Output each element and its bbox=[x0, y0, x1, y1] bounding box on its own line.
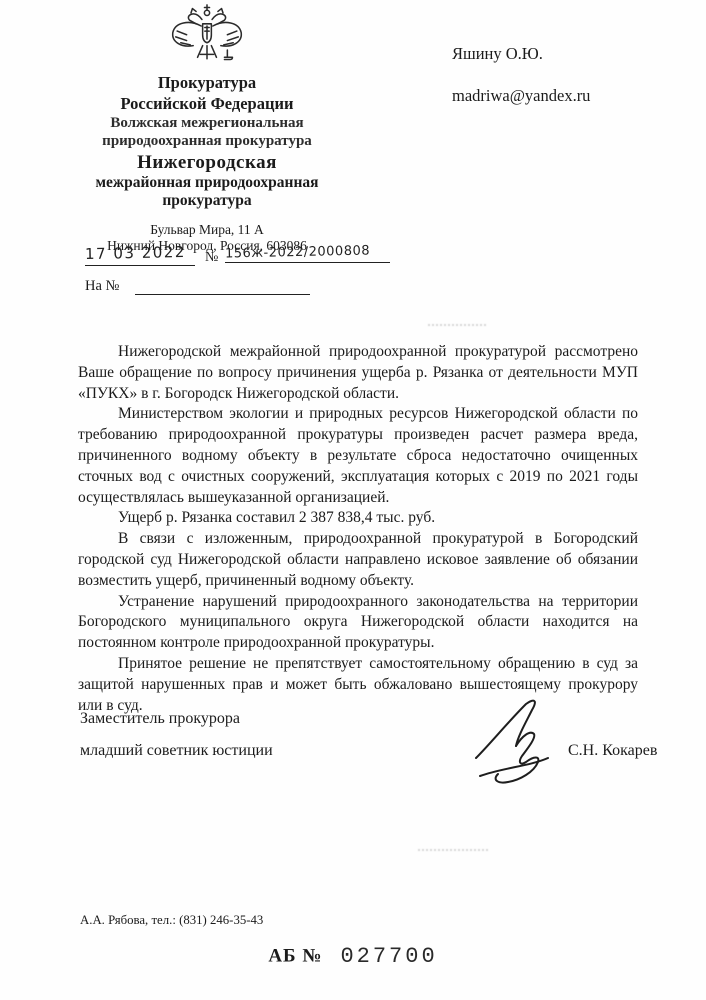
reply-to-row: На № bbox=[85, 278, 119, 295]
reply-to-blank-line bbox=[135, 294, 310, 295]
org-name-line4: природоохранная прокуратура bbox=[40, 132, 374, 150]
recipient-block: Яшину О.Ю. madriwa@yandex.ru bbox=[452, 44, 702, 106]
prosecutor-eagle-emblem-icon bbox=[163, 2, 251, 66]
reply-to-label: На № bbox=[85, 278, 119, 294]
body-paragraph: Министерством экологии и природных ресур… bbox=[78, 404, 638, 508]
org-name-line7: прокуратура bbox=[40, 192, 374, 210]
blank-series-label: АБ № bbox=[268, 946, 322, 967]
handwritten-date: 17 03 2022 bbox=[85, 243, 186, 263]
scan-artifact bbox=[418, 845, 488, 851]
recipient-name: Яшину О.Ю. bbox=[452, 44, 702, 64]
org-name-line5: Нижегородская bbox=[40, 152, 374, 174]
scanned-letter-page: Прокуратура Российской Федерации Волжска… bbox=[0, 0, 706, 1000]
scan-artifact bbox=[428, 320, 486, 326]
body-paragraph: Устранение нарушений природоохранного за… bbox=[78, 592, 638, 654]
body-paragraph: Нижегородской межрайонной природоохранно… bbox=[78, 342, 638, 404]
org-name-line6: межрайонная природоохранная bbox=[40, 174, 374, 192]
signer-position-line2: младший советник юстиции bbox=[80, 742, 273, 760]
signer-name: С.Н. Кокарев bbox=[568, 742, 657, 760]
org-name-line1: Прокуратура bbox=[40, 72, 374, 93]
org-address-street: Бульвар Мира, 11 А bbox=[40, 222, 374, 238]
handwritten-signature bbox=[468, 696, 560, 788]
signer-position-line1: Заместитель прокурора bbox=[80, 710, 273, 728]
outgoing-number-field: 156ж-2022/2000808 bbox=[225, 244, 390, 263]
body-paragraph: Ущерб р. Рязанка составил 2 387 838,4 ты… bbox=[78, 508, 638, 529]
outgoing-date-field: 17 03 2022 bbox=[85, 244, 195, 266]
letter-body: Нижегородской межрайонной природоохранно… bbox=[78, 342, 638, 716]
org-name-line3: Волжская межрегиональная bbox=[40, 114, 374, 132]
signer-position-block: Заместитель прокурора младший советник ю… bbox=[80, 710, 273, 760]
form-blank-number: АБ № 027700 bbox=[0, 944, 706, 969]
letterhead: Прокуратура Российской Федерации Волжска… bbox=[40, 2, 374, 254]
handwritten-number: 156ж-2022/2000808 bbox=[225, 243, 370, 261]
org-name-line2: Российской Федерации bbox=[40, 93, 374, 114]
reference-row: 17 03 2022 № 156ж-2022/2000808 bbox=[85, 244, 385, 270]
blank-number-digits: 027700 bbox=[340, 944, 437, 969]
number-sign-label: № bbox=[205, 250, 218, 266]
executor-contact: А.А. Рябова, тел.: (831) 246-35-43 bbox=[80, 913, 263, 928]
recipient-email: madriwa@yandex.ru bbox=[452, 86, 702, 106]
body-paragraph: В связи с изложенным, природоохранной пр… bbox=[78, 529, 638, 591]
